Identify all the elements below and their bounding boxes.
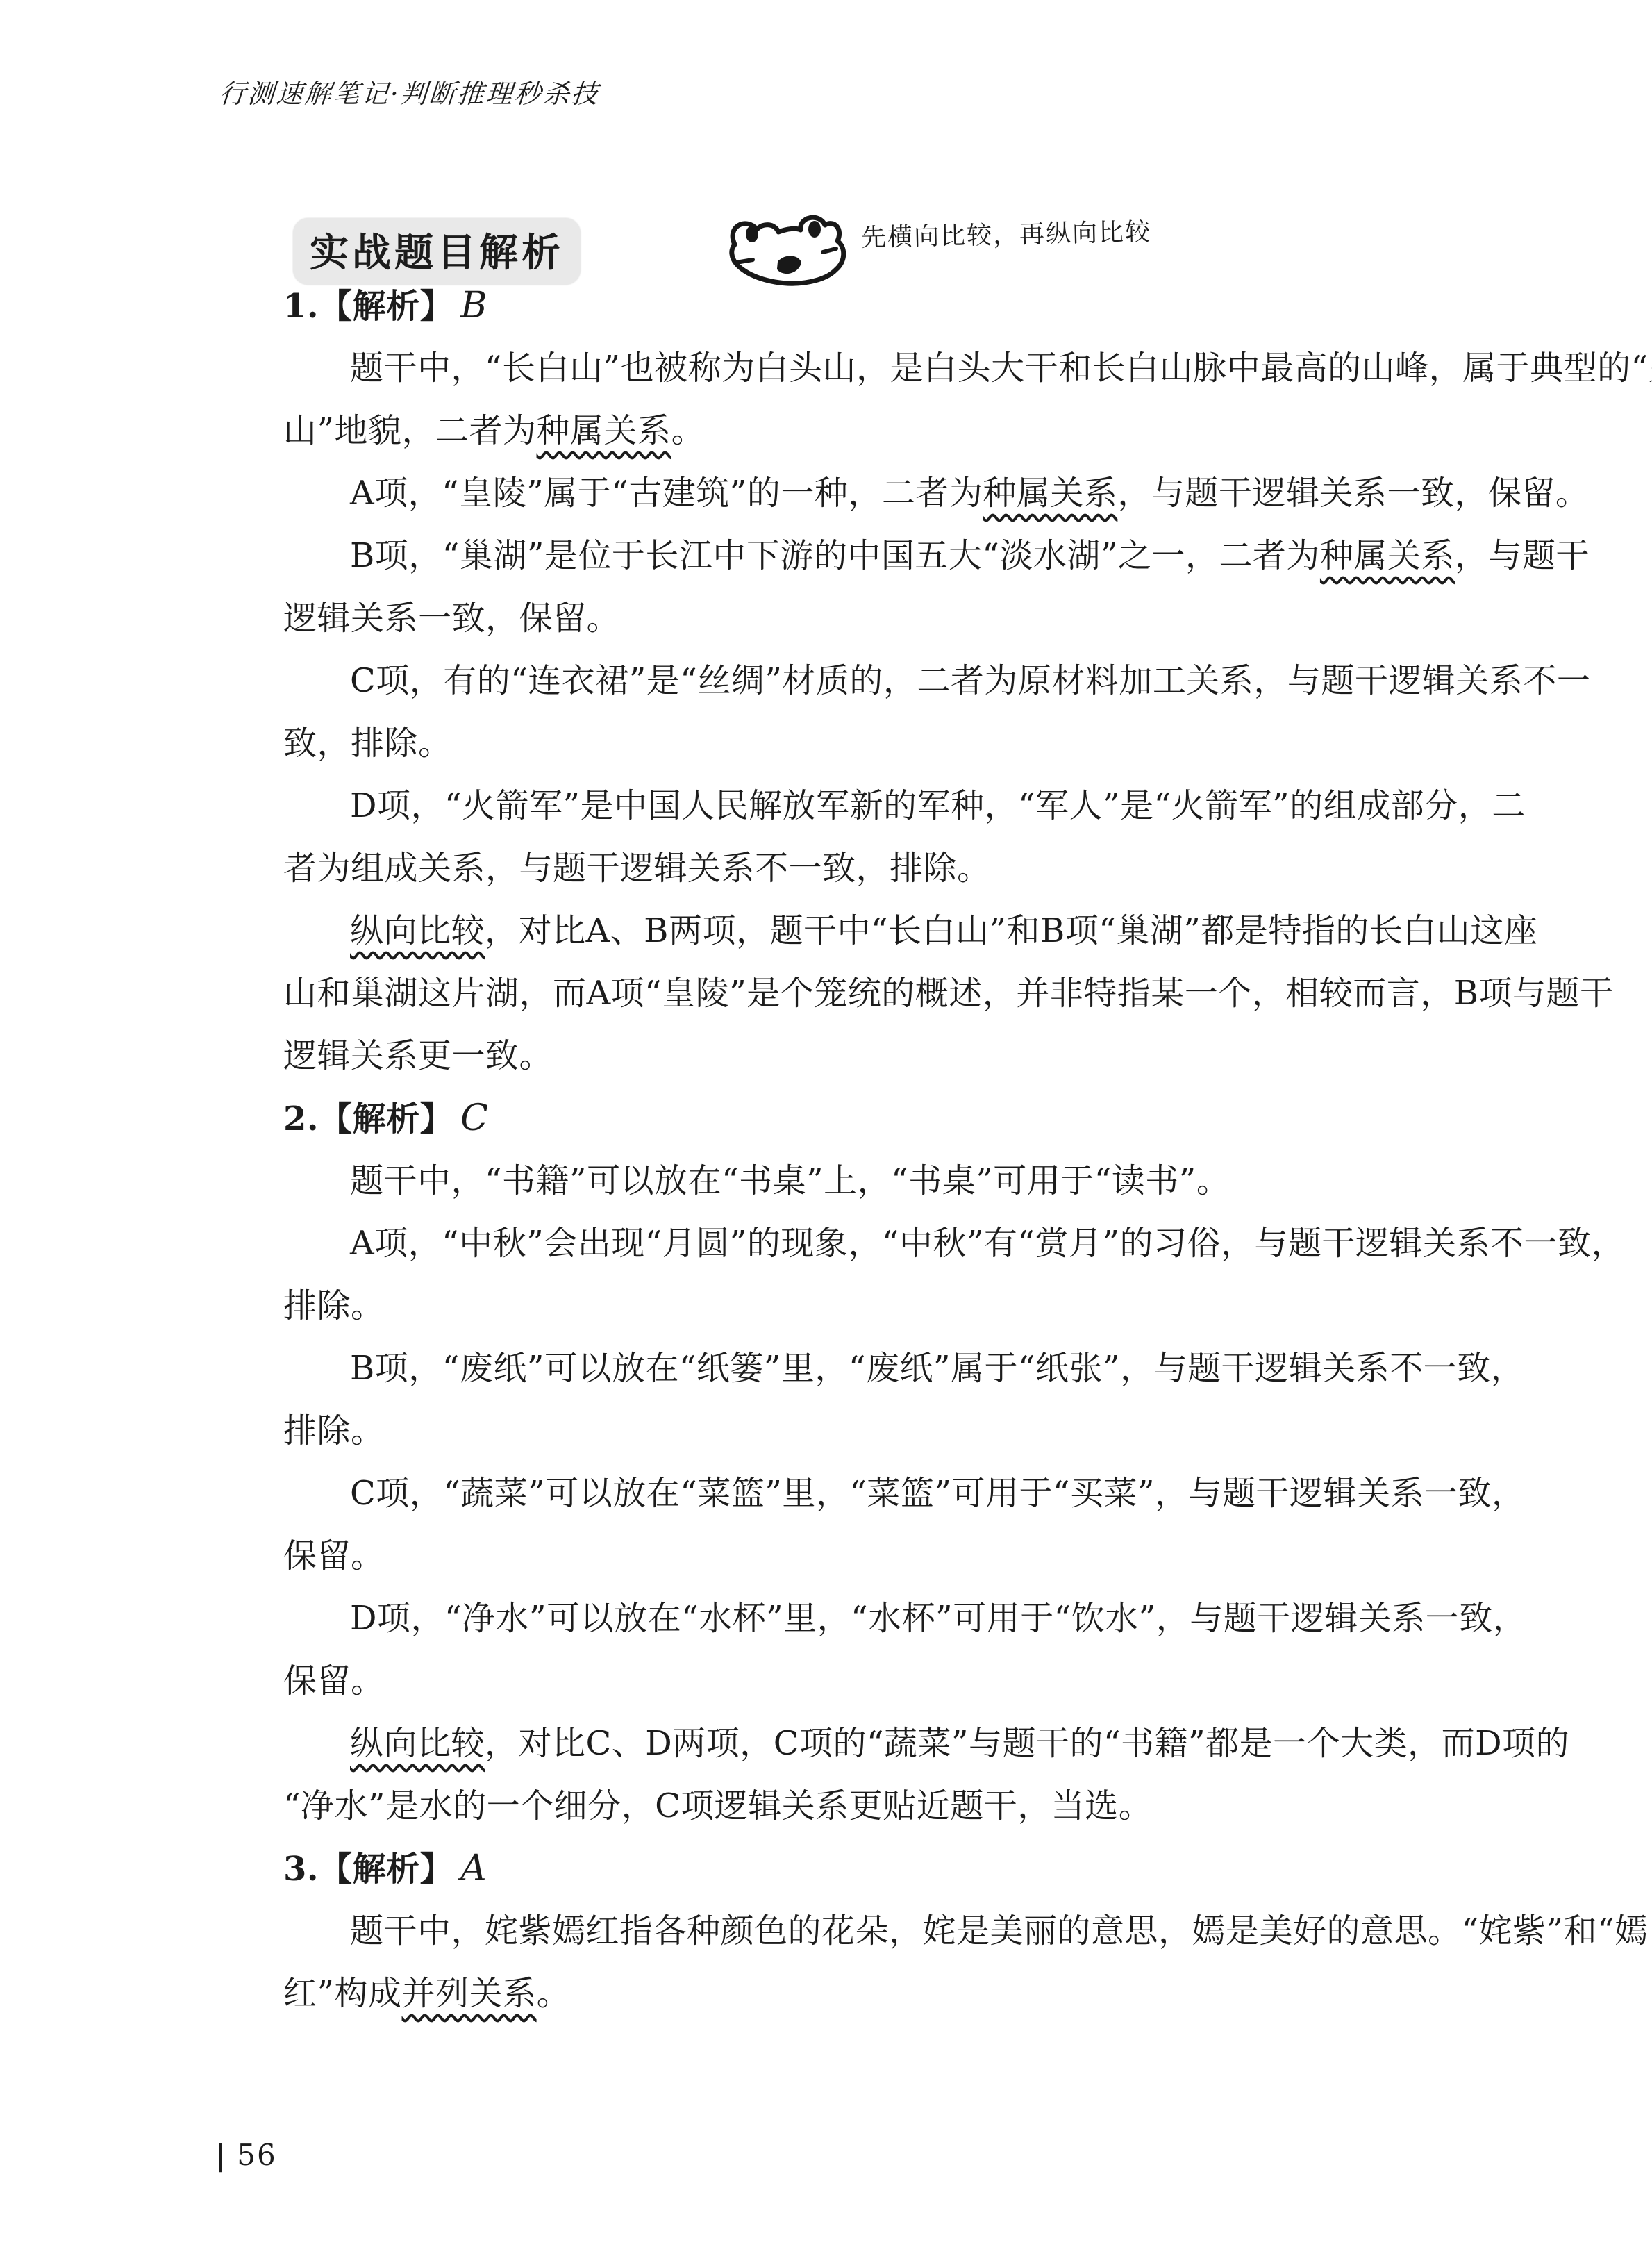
body-line: A项，“皇陵”属于“古建筑”的一种，二者为种属关系，与题干逻辑关系一致，保留。 bbox=[283, 462, 1603, 524]
body-line: B项，“巢湖”是位于长江中下游的中国五大“淡水湖”之一，二者为种属关系，与题干 bbox=[283, 524, 1603, 587]
body-line: D项，“火箭军”是中国人民解放军新的军种，“军人”是“火箭军”的组成部分，二 bbox=[283, 774, 1603, 837]
body-line: 者为组成关系，与题干逻辑关系不一致，排除。 bbox=[283, 837, 1603, 899]
explanation-heading: 3.【解析】A bbox=[283, 1837, 1603, 1900]
wavy-underline-text: 种属关系 bbox=[983, 474, 1117, 513]
body-line: 红”构成并列关系。 bbox=[283, 1962, 1603, 2025]
body-line: 逻辑关系一致，保留。 bbox=[283, 587, 1603, 649]
wavy-underline-text: 纵向比较 bbox=[350, 911, 485, 950]
body: 1.【解析】B题干中，“长白山”也被称为白头山，是白头大干和长白山脉中最高的山峰… bbox=[283, 274, 1603, 2025]
body-line: 纵向比较，对比C、D两项，C项的“蔬菜”与题干的“书籍”都是一个大类，而D项的 bbox=[283, 1712, 1603, 1775]
explanation-label: 2.【解析】 bbox=[283, 1100, 453, 1138]
body-line: 纵向比较，对比A、B两项，题干中“长白山”和B项“巢湖”都是特指的长白山这座 bbox=[283, 899, 1603, 962]
body-line: 题干中，“长白山”也被称为白头山，是白头大干和长白山脉中最高的山峰，属于典型的“… bbox=[283, 337, 1603, 399]
page-number: 56 bbox=[237, 2138, 276, 2172]
body-line: 致，排除。 bbox=[283, 712, 1603, 774]
body-line: 题干中，姹紫嫣红指各种颜色的花朵，姹是美丽的意思，嫣是美好的意思。“姹紫”和“嫣 bbox=[283, 1900, 1603, 1962]
body-line: “净水”是水的一个细分，C项逻辑关系更贴近题干，当选。 bbox=[283, 1775, 1603, 1837]
body-line: C项，“蔬菜”可以放在“菜篮”里，“菜篮”可用于“买菜”，与题干逻辑关系一致， bbox=[283, 1462, 1603, 1525]
wavy-underline-text: 纵向比较 bbox=[350, 1724, 485, 1763]
explanation-label: 1.【解析】 bbox=[283, 287, 453, 326]
body-line: C项，有的“连衣裙”是“丝绸”材质的，二者为原材料加工关系，与题干逻辑关系不一 bbox=[283, 649, 1603, 712]
body-line: D项，“净水”可以放在“水杯”里，“水杯”可用于“饮水”，与题干逻辑关系一致， bbox=[283, 1587, 1603, 1650]
explanation-heading: 1.【解析】B bbox=[283, 274, 1603, 337]
answer-letter: C bbox=[453, 1097, 488, 1139]
body-line: 保留。 bbox=[283, 1525, 1603, 1587]
wavy-underline-text: 种属关系 bbox=[1320, 536, 1455, 575]
footer-divider: | bbox=[215, 2138, 227, 2172]
book-header: 行测速解笔记·判断推理秒杀技 bbox=[218, 72, 601, 110]
book-page: 行测速解笔记·判断推理秒杀技 实战题目解析 先横向比较，再纵向比较 1.【解析】… bbox=[0, 0, 1652, 2256]
mascot-note: 先横向比较，再纵向比较 bbox=[861, 213, 1152, 254]
wavy-underline-text: 并列关系 bbox=[402, 1974, 537, 2013]
body-line: 排除。 bbox=[283, 1275, 1603, 1337]
body-line: A项，“中秋”会出现“月圆”的现象，“中秋”有“赏月”的习俗，与题干逻辑关系不一… bbox=[283, 1212, 1603, 1275]
body-line: 保留。 bbox=[283, 1650, 1603, 1712]
body-line: B项，“废纸”可以放在“纸篓”里，“废纸”属于“纸张”，与题干逻辑关系不一致， bbox=[283, 1337, 1603, 1400]
explanation-label: 3.【解析】 bbox=[283, 1850, 453, 1889]
body-line: 山和巢湖这片湖，而A项“皇陵”是个笼统的概述，并非特指某一个，相较而言，B项与题… bbox=[283, 962, 1603, 1025]
body-line: 山”地貌，二者为种属关系。 bbox=[283, 399, 1603, 462]
answer-letter: B bbox=[453, 285, 487, 326]
body-line: 排除。 bbox=[283, 1400, 1603, 1462]
body-line: 逻辑关系更一致。 bbox=[283, 1025, 1603, 1087]
body-line: 题干中，“书籍”可以放在“书桌”上，“书桌”可用于“读书”。 bbox=[283, 1150, 1603, 1212]
explanation-heading: 2.【解析】C bbox=[283, 1087, 1603, 1150]
page-footer: |56 bbox=[215, 2138, 277, 2172]
wavy-underline-text: 种属关系 bbox=[537, 411, 671, 450]
answer-letter: A bbox=[453, 1848, 487, 1889]
